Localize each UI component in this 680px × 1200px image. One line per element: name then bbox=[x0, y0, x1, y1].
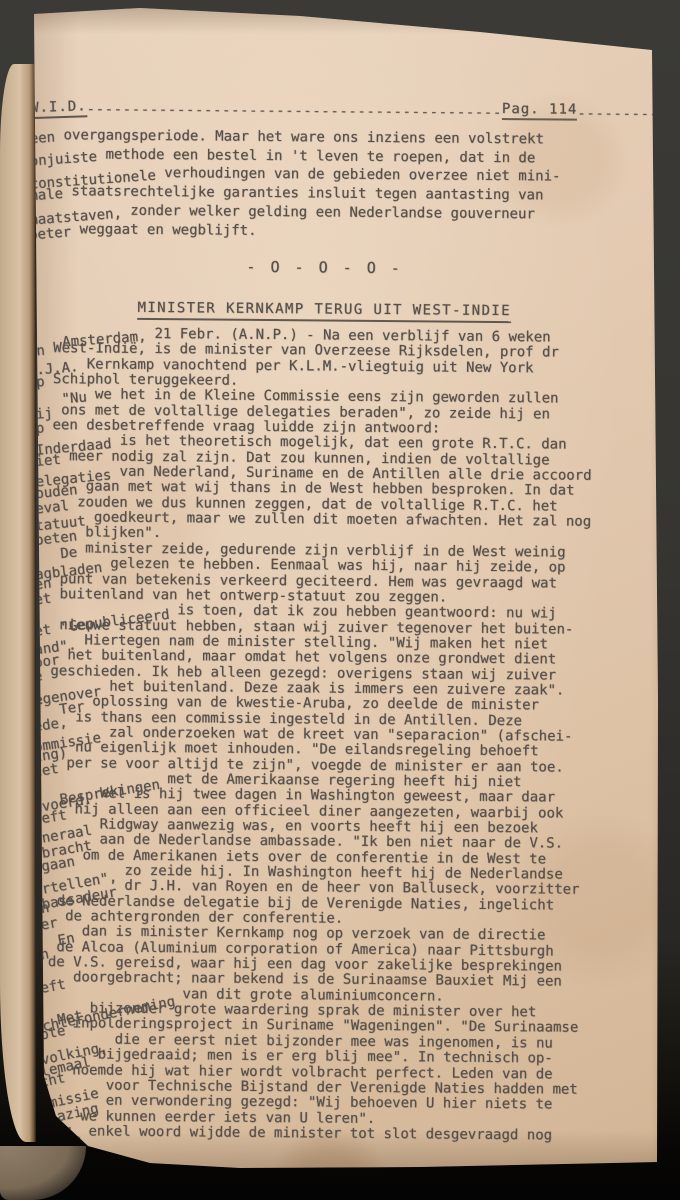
header-rule-right: ---------- bbox=[577, 106, 667, 123]
article-title: MINISTER KERNKAMP TERUG UIT WEST-INDIE bbox=[137, 300, 511, 323]
document-page: W.I.D.----------------------------------… bbox=[0, 0, 680, 1200]
underlying-page-edge bbox=[0, 64, 36, 1142]
bulletin-title: W.I.D. bbox=[30, 98, 87, 119]
article-body: Amsterdam, 21 Febr. (A.N.P.) - Na een ve… bbox=[21, 326, 593, 1144]
page-header: W.I.D.----------------------------------… bbox=[30, 97, 655, 121]
intro-paragraph: een overgangsperiode. Maar het ware ons … bbox=[29, 126, 561, 243]
page-text-layer: W.I.D.----------------------------------… bbox=[0, 0, 680, 1200]
text-line: constitutionele verhoudingen van de gebi… bbox=[29, 163, 560, 186]
section-separator: - O - O - O - bbox=[29, 256, 621, 279]
header-rule-left: ----------------------------------------… bbox=[87, 101, 502, 121]
page-number: Pag. 114 bbox=[502, 101, 578, 121]
text-line: Een enkel woord wijdde de minister tot s… bbox=[21, 1124, 586, 1144]
underlying-page-corner bbox=[0, 1146, 86, 1200]
article-title-row: MINISTER KERNKAMP TERUG UIT WEST-INDIE bbox=[28, 296, 620, 324]
text-line: maatstaven, zonder welker gelding een Ne… bbox=[29, 201, 560, 224]
